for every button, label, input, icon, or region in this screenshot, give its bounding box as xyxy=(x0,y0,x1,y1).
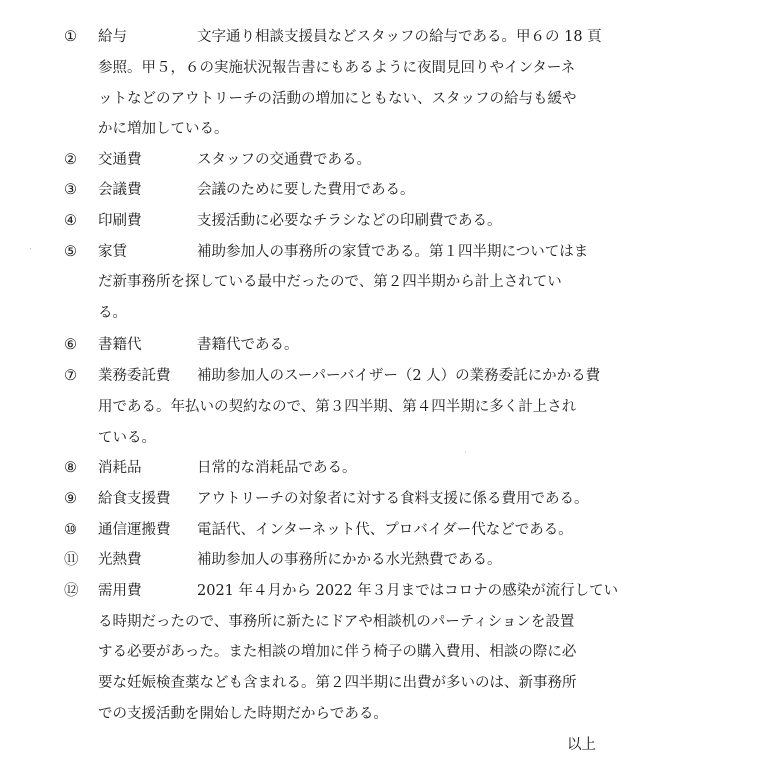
scan-speck xyxy=(465,452,466,453)
item-number: ⑪ xyxy=(64,548,88,572)
item-description: 文字通り相談支援員などスタッフの給与である。甲６の 18 頁 xyxy=(197,25,602,49)
item-number: ③ xyxy=(64,178,88,202)
item-description: 補助参加人の事務所にかかる水光熱費である。 xyxy=(197,548,502,572)
item-number: ① xyxy=(64,25,88,49)
item-description-continued: る時期だったので、事務所に新たにドアや相談机のパーティションを設置 xyxy=(98,610,574,634)
item-label: 消耗品 xyxy=(98,456,142,480)
item-label: 交通費 xyxy=(98,148,142,172)
item-description-continued: 要な妊娠検査薬なども含まれる。第２四半期に出費が多いのは、新事務所 xyxy=(98,671,577,695)
item-label: 給与 xyxy=(98,25,127,49)
item-label: 会議費 xyxy=(98,178,142,202)
item-label: 光熱費 xyxy=(98,548,142,572)
item-description: 2021 年４月から 2022 年３月まではコロナの感染が流行してい xyxy=(197,579,618,603)
item-label: 印刷費 xyxy=(98,209,142,233)
item-number: ⑦ xyxy=(64,364,88,388)
item-description-continued: ットなどのアウトリーチの活動の増加にともない、スタッフの給与も緩や xyxy=(98,87,577,111)
closing-text: 以上 xyxy=(567,733,596,757)
item-description-continued: る。 xyxy=(98,301,127,325)
item-number: ④ xyxy=(64,209,88,233)
item-label: 業務委託費 xyxy=(98,364,171,388)
scan-speck xyxy=(30,248,31,249)
item-description-continued: 参照。甲５，６の実施状況報告書にもあるように夜間見回りやインターネ xyxy=(98,56,575,80)
item-number: ⑨ xyxy=(64,487,88,511)
item-description: 会議のために要した費用である。 xyxy=(197,178,415,202)
item-number: ⑤ xyxy=(64,240,88,264)
item-label: 書籍代 xyxy=(98,333,142,357)
item-number: ② xyxy=(64,148,88,172)
item-description: アウトリーチの対象者に対する食料支援に係る費用である。 xyxy=(197,487,589,511)
item-description-continued: での支援活動を開始した時期だからである。 xyxy=(98,702,388,726)
item-description: 日常的な消耗品である。 xyxy=(197,456,357,480)
item-description-continued: かに増加している。 xyxy=(98,117,229,141)
item-description: 支援活動に必要なチラシなどの印刷費である。 xyxy=(197,209,502,233)
item-description-continued: ている。 xyxy=(98,426,156,450)
item-label: 給食支援費 xyxy=(98,487,171,511)
item-number: ⑥ xyxy=(64,333,88,357)
item-label: 通信運搬費 xyxy=(98,518,171,542)
item-number: ⑫ xyxy=(64,579,88,603)
item-label: 家賃 xyxy=(98,240,127,264)
item-description: 電話代、インターネット代、プロバイダー代などである。 xyxy=(197,518,573,542)
item-label: 需用費 xyxy=(98,579,142,603)
item-description: 補助参加人の事務所の家賃である。第１四半期についてはま xyxy=(197,240,588,264)
item-description: スタッフの交通費である。 xyxy=(197,148,371,172)
item-description-continued: だ新事務所を探している最中だったので、第２四半期から計上されてい xyxy=(98,270,562,294)
item-description: 補助参加人のスーパーバイザー（2 人）の業務委託にかかる費 xyxy=(197,364,600,388)
item-number: ⑧ xyxy=(64,456,88,480)
item-description: 書籍代である。 xyxy=(197,333,299,357)
item-description-continued: 用である。年払いの契約なので、第３四半期、第４四半期に多く計上され xyxy=(98,395,576,419)
item-description-continued: する必要があった。また相談の増加に伴う椅子の購入費用、相談の際に必 xyxy=(98,640,576,664)
scan-speck xyxy=(555,101,556,102)
item-number: ⑩ xyxy=(64,518,88,542)
